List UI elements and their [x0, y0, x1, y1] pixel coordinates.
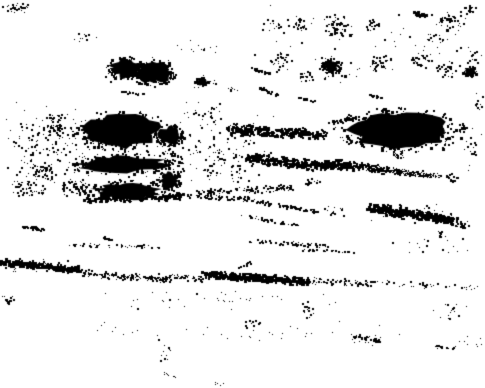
photo-frame [0, 0, 485, 388]
binarized-photo-canvas [0, 0, 485, 388]
